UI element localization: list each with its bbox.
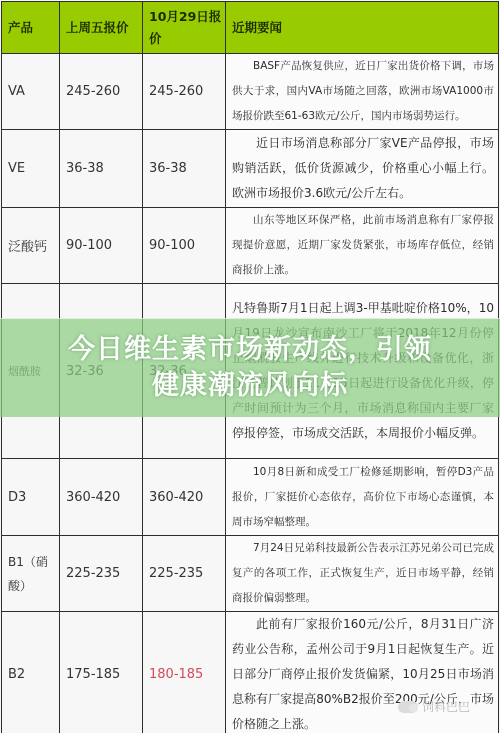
oct29-price: 225-235 <box>143 536 226 612</box>
header-oct29-price: 10月29日报价 <box>143 2 226 54</box>
headline-line-2: 健康潮流风向标 <box>152 368 348 404</box>
product-name: VE <box>2 130 60 208</box>
news-text: 10月8日新和成受工厂检修延期影响，暂停D3产品报价，厂家挺价心态依存，高价位下… <box>232 460 494 535</box>
news-text: 近日市场消息称部分厂家VE产品停报，市场购销活跃，低价货源减少，价格重心小幅上行… <box>232 131 494 206</box>
news-cell: 7月24日兄弟科技最新公告表示江苏兄弟公司已完成复产的各项工作，正式恢复生产，近… <box>226 536 499 612</box>
table-row: D3 360-420 360-420 10月8日新和成受工厂检修延期影响，暂停D… <box>2 459 499 536</box>
product-name: D3 <box>2 459 60 536</box>
table-row: VA 245-260 245-260 BASF产品恢复供应，近日厂家出货价格下调… <box>2 54 499 130</box>
oct29-price: 245-260 <box>143 54 226 130</box>
table-row: B1（硝酸） 225-235 225-235 7月24日兄弟科技最新公告表示江苏… <box>2 536 499 612</box>
news-text: 山东等地区环保严格，此前市场消息称有厂家停报现提价意愿，近期厂家发货紧张，市场库… <box>232 208 494 283</box>
oct29-price: 90-100 <box>143 208 226 284</box>
news-cell: 近日市场消息称部分厂家VE产品停报，市场购销活跃，低价货源减少，价格重心小幅上行… <box>226 130 499 208</box>
last-friday-price: 360-420 <box>60 459 143 536</box>
news-cell: 山东等地区环保严格，此前市场消息称有厂家停报现提价意愿，近期厂家发货紧张，市场库… <box>226 208 499 284</box>
headline-line-1: 今日维生素市场新动态，引领 <box>68 332 432 368</box>
product-name: 泛酸钙 <box>2 208 60 284</box>
news-text: BASF产品恢复供应，近日厂家出货价格下调，市场供大于求，国内VA市场随之回落，… <box>232 54 494 129</box>
header-last-friday-price: 上周五报价 <box>60 2 143 54</box>
table-row: VE 36-38 36-38 近日市场消息称部分厂家VE产品停报，市场购销活跃，… <box>2 130 499 208</box>
oct29-price-raised: 180-185 <box>143 612 226 733</box>
last-friday-price: 225-235 <box>60 536 143 612</box>
last-friday-price: 36-38 <box>60 130 143 208</box>
table-header-row: 产品 上周五报价 10月29日报价 近期要闻 <box>2 2 499 54</box>
news-text: 7月24日兄弟科技最新公告表示江苏兄弟公司已完成复产的各项工作，正式恢复生产，近… <box>232 536 494 611</box>
oct29-price: 360-420 <box>143 459 226 536</box>
product-name: B1（硝酸） <box>2 536 60 612</box>
watermark-text: 饲料巴巴 <box>422 698 470 715</box>
table-row: 泛酸钙 90-100 90-100 山东等地区环保严格，此前市场消息称有厂家停报… <box>2 208 499 284</box>
header-recent-news: 近期要闻 <box>226 2 499 54</box>
header-product: 产品 <box>2 2 60 54</box>
product-name: VA <box>2 54 60 130</box>
product-name: B2 <box>2 612 60 733</box>
news-cell: 10月8日新和成受工厂检修延期影响，暂停D3产品报价，厂家挺价心态依存，高价位下… <box>226 459 499 536</box>
wechat-icon <box>398 701 418 713</box>
oct29-price: 36-38 <box>143 130 226 208</box>
last-friday-price: 245-260 <box>60 54 143 130</box>
last-friday-price: 175-185 <box>60 612 143 733</box>
watermark: 饲料巴巴 <box>398 698 470 715</box>
last-friday-price: 90-100 <box>60 208 143 284</box>
news-cell: BASF产品恢复供应，近日厂家出货价格下调，市场供大于求，国内VA市场随之回落，… <box>226 54 499 130</box>
headline-banner: 今日维生素市场新动态，引领 健康潮流风向标 <box>0 318 500 417</box>
